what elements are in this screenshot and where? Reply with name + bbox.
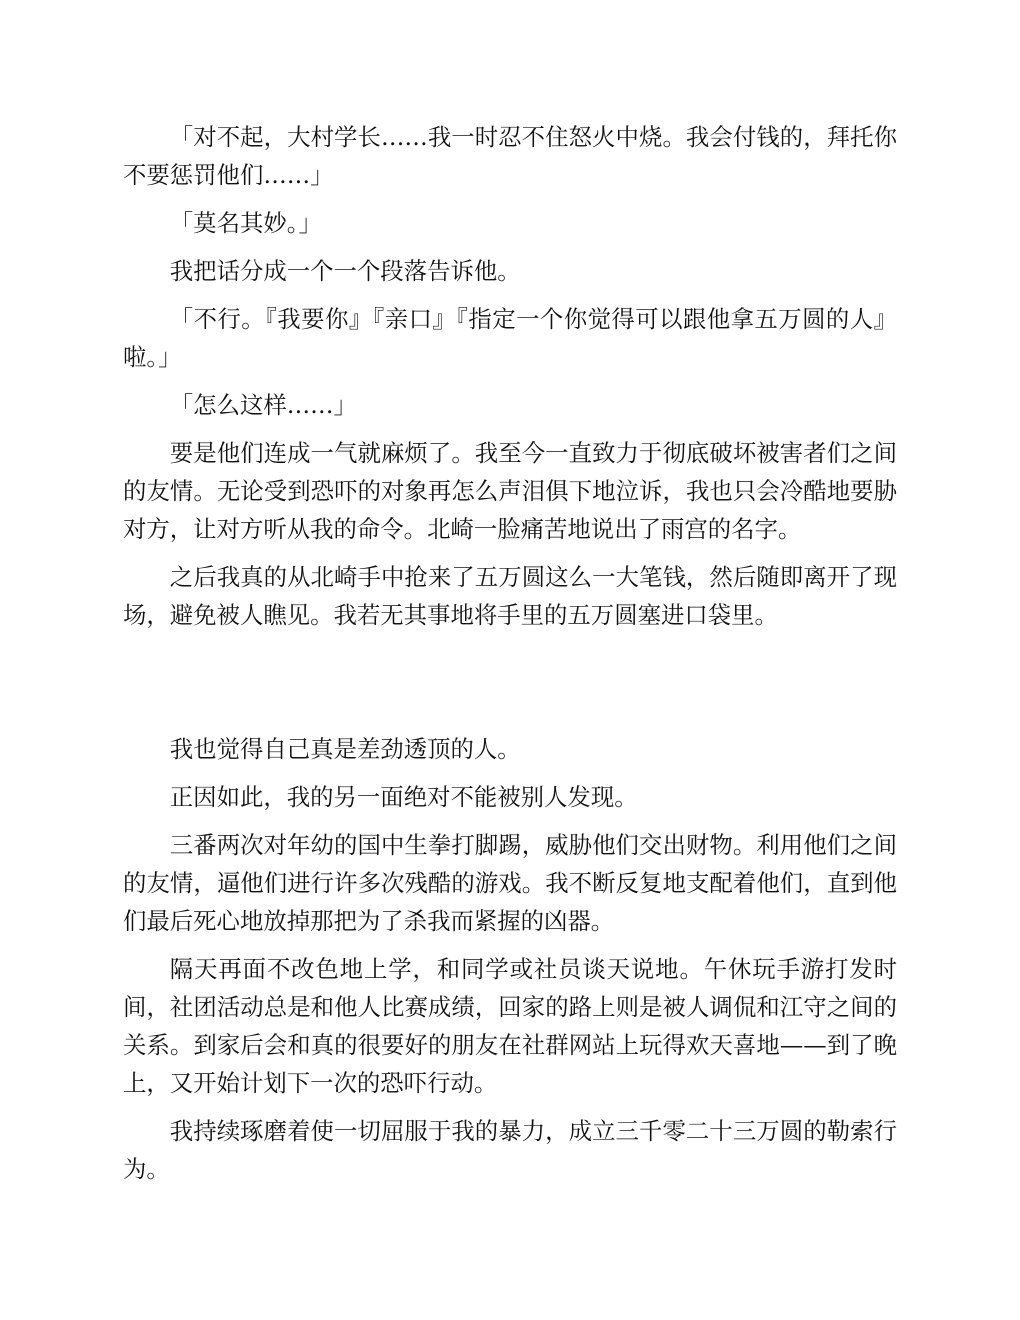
paragraph: 隔天再面不改色地上学，和同学或社员谈天说地。午休玩手游打发时间，社团活动总是和他… (123, 950, 897, 1102)
paragraph: 「对不起，大村学长……我一时忍不住怒火中烧。我会付钱的，拜托你不要惩罚他们……」 (123, 118, 897, 194)
paragraph: 三番两次对年幼的国中生拳打脚踢，威胁他们交出财物。利用他们之间的友情，逼他们进行… (123, 826, 897, 940)
paragraph: 正因如此，我的另一面绝对不能被别人发现。 (123, 778, 897, 816)
paragraph: 「莫名其妙。」 (123, 204, 897, 242)
section-1: 「对不起，大村学长……我一时忍不住怒火中烧。我会付钱的，拜托你不要惩罚他们……」… (123, 118, 897, 634)
section-2: 我也觉得自己真是差劲透顶的人。 正因如此，我的另一面绝对不能被别人发现。 三番两… (123, 730, 897, 1188)
paragraph: 我把话分成一个一个段落告诉他。 (123, 252, 897, 290)
paragraph: 要是他们连成一气就麻烦了。我至今一直致力于彻底破坏被害者们之间的友情。无论受到恐… (123, 434, 897, 548)
paragraph: 「怎么这样……」 (123, 386, 897, 424)
paragraph: 「不行。『我要你』『亲口』『指定一个你觉得可以跟他拿五万圆的人』啦。」 (123, 300, 897, 376)
paragraph: 之后我真的从北崎手中抢来了五万圆这么一大笔钱，然后随即离开了现场，避免被人瞧见。… (123, 558, 897, 634)
paragraph: 我也觉得自己真是差劲透顶的人。 (123, 730, 897, 768)
document-page: 「对不起，大村学长……我一时忍不住怒火中烧。我会付钱的，拜托你不要惩罚他们……」… (123, 118, 897, 1198)
scene-break (123, 644, 897, 730)
paragraph: 我持续琢磨着使一切屈服于我的暴力，成立三千零二十三万圆的勒索行为。 (123, 1112, 897, 1188)
